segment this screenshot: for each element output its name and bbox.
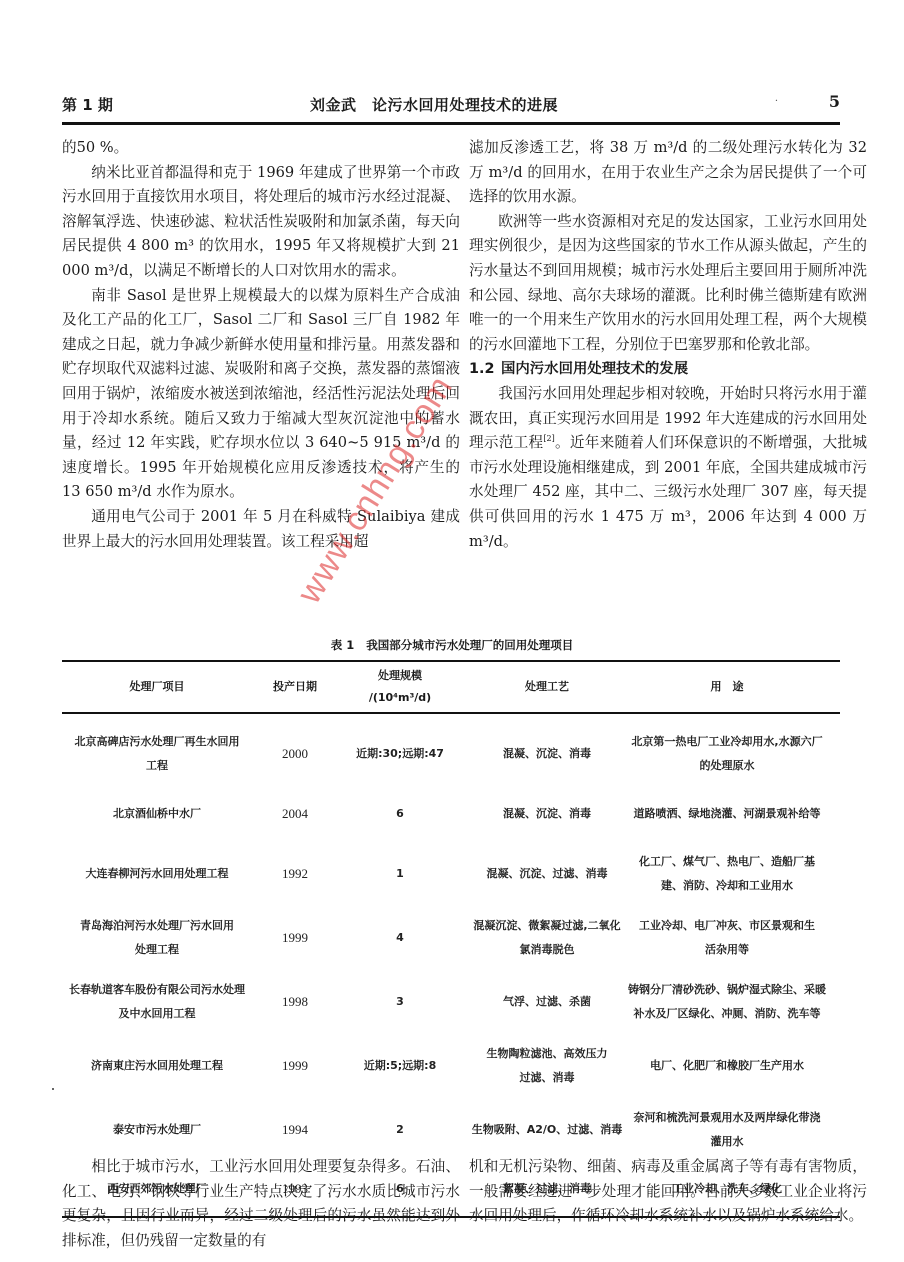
left-column-bottom: 相比于城市污水，工业污水回用处理要复杂得多。石油、化工、电力、钢铁等行业生产特点… xyxy=(62,1155,460,1253)
header-dot: · xyxy=(775,96,778,107)
header-rule xyxy=(62,122,840,125)
running-title: 刘金武 论污水回用处理技术的进展 xyxy=(310,94,558,115)
paragraph: 我国污水回用处理起步相对较晚，开始时只将污水用于灌溉农田，真正实现污水回用是 1… xyxy=(469,382,867,554)
table-caption: 表 1我国部分城市污水处理厂的回用处理项目 xyxy=(0,637,904,653)
paragraph: 滤加反渗透工艺，将 38 万 m³/d 的二级处理污水转化为 32 万 m³/d… xyxy=(469,136,867,210)
header-process: 处理工艺 xyxy=(462,662,632,712)
table-header: 处理厂项目 投产日期 处理规模 /(10⁴m³/d) 处理工艺 用 途 xyxy=(62,662,840,712)
paragraph: 南非 Sasol 是世界上规模最大的以煤为原料生产合成油及化工产品的化工厂，Sa… xyxy=(62,284,460,505)
header-plant: 处理厂项目 xyxy=(62,662,252,712)
header-use: 用 途 xyxy=(617,662,837,712)
table-caption-text: 我国部分城市污水处理厂的回用处理项目 xyxy=(366,638,573,652)
table-row: 泰安市污水处理厂 1994 2 生物吸附、A2/O、过滤、消毒 奈河和梳洗河景观… xyxy=(62,1098,840,1162)
issue-label: 第 1 期 xyxy=(62,94,113,115)
table-row: 长春轨道客车股份有限公司污水处理及中水回用工程 1998 3 气浮、过滤、杀菌 … xyxy=(62,970,840,1034)
table-row: 济南東庄污水回用处理工程 1999 近期:5;远期:8 生物陶粒滤池、高效压力过… xyxy=(62,1034,840,1098)
table-row: 大连春柳河污水回用处理工程 1992 1 混凝、沉淀、过滤、消毒 化工厂、煤气厂… xyxy=(62,842,840,906)
paragraph: 的50 %。 xyxy=(62,136,460,161)
paragraph: 通用电气公司于 2001 年 5 月在科威特 Sulaibiya 建成世界上最大… xyxy=(62,505,460,554)
right-column-top: 滤加反渗透工艺，将 38 万 m³/d 的二级处理污水转化为 32 万 m³/d… xyxy=(469,136,867,554)
reference-marker[interactable]: [2] xyxy=(543,434,554,443)
scan-speck xyxy=(52,1088,54,1090)
left-column-top: 的50 %。 纳米比亚首都温得和克于 1969 年建成了世界第一个市政污水回用于… xyxy=(62,136,460,554)
paragraph: 纳米比亚首都温得和克于 1969 年建成了世界第一个市政污水回用于直接饮用水项目… xyxy=(62,161,460,284)
table-header-rule xyxy=(62,712,840,714)
section-heading: 1.2国内污水回用处理技术的发展 xyxy=(469,357,867,382)
table-row: 北京酒仙桥中水厂 2004 6 混凝、沉淀、消毒 道路喷洒、绿地浇灌、河湖景观补… xyxy=(62,786,840,842)
section-number: 1.2 xyxy=(469,357,501,382)
header-scale: 处理规模 /(10⁴m³/d) xyxy=(330,662,470,712)
table-label: 表 1 xyxy=(331,638,355,652)
scan-speck xyxy=(187,987,189,989)
table-1: 处理厂项目 投产日期 处理规模 /(10⁴m³/d) 处理工艺 用 途 北京高碑… xyxy=(62,660,840,1218)
section-title: 国内污水回用处理技术的发展 xyxy=(501,361,688,377)
paragraph: 欧洲等一些水资源相对充足的发达国家，工业污水回用处理实例很少，是因为这些国家的节… xyxy=(469,210,867,358)
paragraph: 相比于城市污水，工业污水回用处理要复杂得多。石油、化工、电力、钢铁等行业生产特点… xyxy=(62,1155,460,1253)
page-number: 5 xyxy=(829,92,840,111)
table-row: 北京高碑店污水处理厂再生水回用工程 2000 近期:30;远期:47 混凝、沉淀… xyxy=(62,722,840,786)
right-column-bottom: 机和无机污染物、细菌、病毒及重金属离子等有毒有害物质，一般需要经过进一步处理才能… xyxy=(469,1155,867,1229)
table-row: 青岛海泊河污水处理厂污水回用处理工程 1999 4 混凝沉淀、微絮凝过滤,二氧化… xyxy=(62,906,840,970)
paragraph: 机和无机污染物、细菌、病毒及重金属离子等有毒有害物质，一般需要经过进一步处理才能… xyxy=(469,1155,867,1229)
running-header: 第 1 期 刘金武 论污水回用处理技术的进展 · 5 xyxy=(62,90,840,120)
